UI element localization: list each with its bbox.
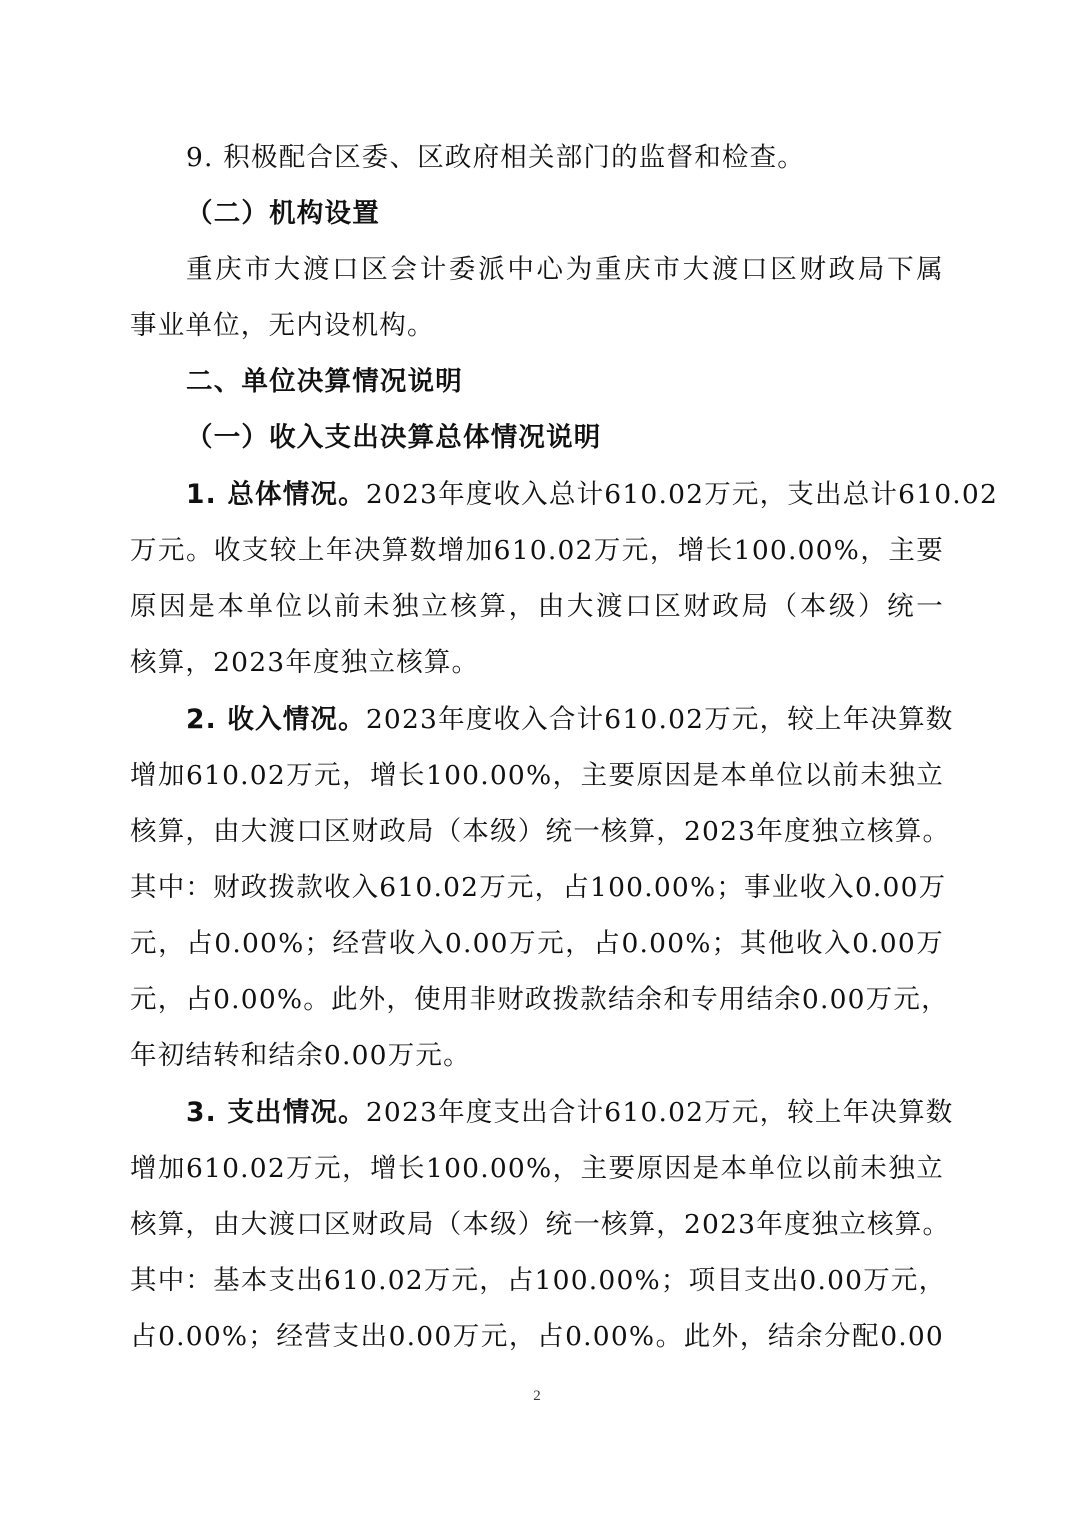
paragraph-line: 万元。收支较上年决算数增加610.02万元，增长100.00%，主要 [130,533,944,569]
paragraph-lead: 1. 总体情况。 [186,479,366,510]
section-heading-overview: （一）收入支出决算总体情况说明 [186,420,944,456]
section-heading-main: 二、单位决算情况说明 [186,364,944,400]
paragraph-lead: 3. 支出情况。 [186,1097,366,1128]
paragraph-line: 增加610.02万元，增长100.00%，主要原因是本单位以前未独立 [130,758,944,794]
paragraph-lead: 2. 收入情况。 [186,704,366,735]
paragraph-line: 事业单位，无内设机构。 [130,308,944,344]
paragraph-line: 占0.00%；经营支出0.00万元，占0.00%。此外，结余分配0.00 [130,1319,944,1355]
paragraph-line: 3. 支出情况。2023年度支出合计610.02万元，较上年决算数 [186,1095,944,1131]
paragraph-line: 重庆市大渡口区会计委派中心为重庆市大渡口区财政局下属 [186,252,944,288]
paragraph-text: 2023年度支出合计610.02万元，较上年决算数 [366,1097,954,1128]
paragraph-line: 其中：基本支出610.02万元，占100.00%；项目支出0.00万元， [130,1263,944,1299]
page-number: 2 [0,1388,1074,1405]
paragraph-line: 年初结转和结余0.00万元。 [130,1038,944,1074]
paragraph-line: 1. 总体情况。2023年度收入总计610.02万元，支出总计610.02 [186,477,944,513]
paragraph-line: 核算，2023年度独立核算。 [130,645,944,681]
paragraph-line: 核算，由大渡口区财政局（本级）统一核算，2023年度独立核算。 [130,1207,944,1243]
paragraph-line: 原因是本单位以前未独立核算，由大渡口区财政局（本级）统一 [130,589,944,625]
paragraph-line: 核算，由大渡口区财政局（本级）统一核算，2023年度独立核算。 [130,814,944,850]
paragraph-line: 2. 收入情况。2023年度收入合计610.02万元，较上年决算数 [186,702,944,738]
paragraph-text: 2023年度收入合计610.02万元，较上年决算数 [366,704,954,735]
paragraph-line: 增加610.02万元，增长100.00%，主要原因是本单位以前未独立 [130,1151,944,1187]
paragraph-text: 2023年度收入总计610.02万元，支出总计610.02 [366,479,998,510]
paragraph-line: 元，占0.00%。此外，使用非财政拨款结余和专用结余0.00万元， [130,982,944,1018]
paragraph-line: 元，占0.00%；经营收入0.00万元，占0.00%；其他收入0.00万 [130,926,944,962]
list-item-9: 9. 积极配合区委、区政府相关部门的监督和检查。 [186,140,944,176]
paragraph-line: 其中：财政拨款收入610.02万元，占100.00%；事业收入0.00万 [130,870,944,906]
section-heading-organization: （二）机构设置 [186,196,944,232]
